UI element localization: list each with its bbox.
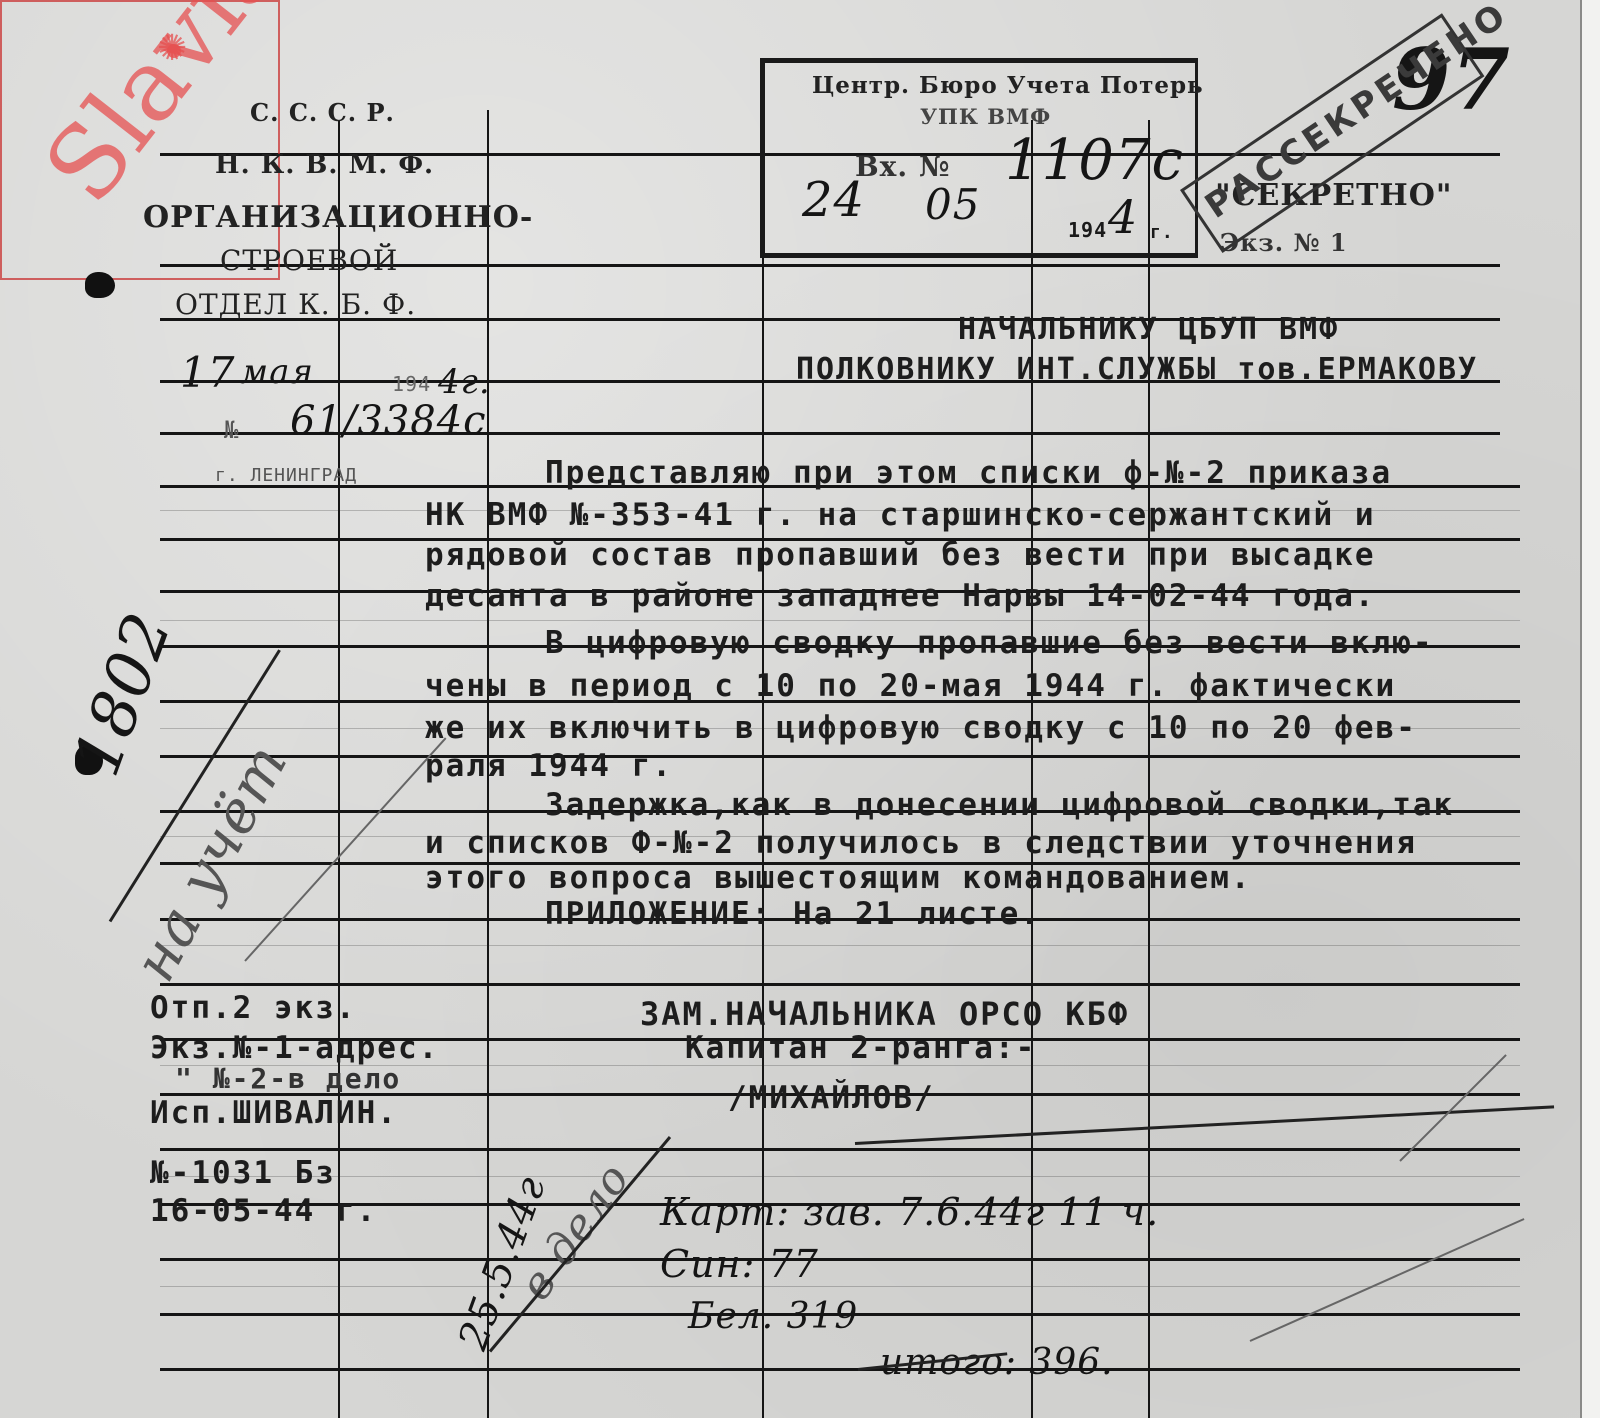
stamp-date-year-hand: 4 bbox=[1108, 190, 1138, 244]
stamp-year-suffix: г. bbox=[1150, 222, 1174, 243]
stamp-number-value: 1107с bbox=[1005, 128, 1184, 193]
row-rule bbox=[160, 1148, 1520, 1151]
header-dept-line2: СТРОЕВОЙ bbox=[220, 244, 398, 277]
footer-line: Экз.№-1-адрес. bbox=[150, 1030, 439, 1066]
stamp-date-year-printed: 194 bbox=[1068, 218, 1107, 242]
body-line: этого вопроса вышестоящим командованием. bbox=[425, 860, 1252, 896]
row-rule bbox=[160, 1368, 1520, 1371]
declassified-stamp: РАССЕКРЕЧЕНО bbox=[1180, 13, 1484, 253]
faint-rule bbox=[160, 1176, 1520, 1177]
punch-hole-mark bbox=[85, 272, 115, 298]
document-page: Slavia С. С. С. Р. Н. К. В. М. Ф. ОРГАНИ… bbox=[0, 0, 1600, 1418]
right-scrawl bbox=[1250, 1218, 1525, 1342]
signature-name: /МИХАЙЛОВ/ bbox=[728, 1080, 935, 1116]
addressee-line2: ПОЛКОВНИКУ ИНТ.СЛУЖБЫ тов.ЕРМАКОВУ bbox=[796, 352, 1478, 387]
note-line1: Карт: зав. 7.6.44г 11 ч. bbox=[660, 1190, 1159, 1234]
header-country: С. С. С. Р. bbox=[250, 98, 395, 127]
addressee-line1: НАЧАЛЬНИКУ ЦБУП ВМФ bbox=[958, 312, 1339, 347]
body-line: десанта в районе западнее Нарвы 14-02-44… bbox=[425, 578, 1376, 614]
header-ministry: Н. К. В. М. Ф. bbox=[215, 150, 434, 180]
stamp-number-label: Вх. № bbox=[855, 150, 950, 183]
body-line: чены в период с 10 по 20-мая 1944 г. фак… bbox=[425, 668, 1396, 704]
header-dept-line3: ОТДЕЛ К. Б. Ф. bbox=[175, 288, 416, 321]
body-line: НК ВМФ №-353-41 г. на старшинско-сержант… bbox=[425, 497, 1376, 533]
body-line: В цифровую сводку пропавшие без вести вк… bbox=[545, 625, 1434, 661]
footer-line: №-1031 Бз bbox=[150, 1155, 336, 1191]
stamp-line2: УПК ВМФ bbox=[920, 104, 1051, 129]
note-line3: Бел. 319 bbox=[688, 1296, 858, 1337]
paper-edge bbox=[1580, 0, 1600, 1418]
body-line: рядовой состав пропавший без вести при в… bbox=[425, 537, 1376, 573]
row-rule bbox=[160, 755, 1520, 758]
body-line: ПРИЛОЖЕНИЕ: На 21 листе. bbox=[545, 896, 1041, 932]
body-line: Задержка,как в донесении цифровой сводки… bbox=[545, 787, 1454, 823]
faint-rule bbox=[160, 1286, 1520, 1287]
body-line: Представляю при этом списки ф-№-2 приказ… bbox=[545, 455, 1392, 491]
header-date-month: мая bbox=[240, 352, 314, 392]
footer-line: Отп.2 экз. bbox=[150, 990, 357, 1026]
body-line: раля 1944 г. bbox=[425, 748, 673, 784]
row-rule bbox=[160, 983, 1520, 986]
header-number-label: № bbox=[224, 416, 239, 444]
stamp-line1: Центр. Бюро Учета Потерь bbox=[812, 72, 1204, 99]
signature-title: ЗАМ.НАЧАЛЬНИКА ОРСО КБФ bbox=[640, 995, 1129, 1033]
stamp-date-day: 24 bbox=[802, 172, 865, 228]
faint-rule bbox=[160, 620, 1520, 621]
stamp-date-month: 05 bbox=[925, 180, 980, 229]
watermark-frame: Slavia bbox=[0, 0, 280, 280]
header-dept-line1: ОРГАНИЗАЦИОННО- bbox=[143, 200, 533, 235]
footer-line: 16-05-44 г. bbox=[150, 1193, 377, 1229]
header-date-year-hand: 4г. bbox=[438, 362, 491, 402]
note-line2: Син: 77 bbox=[660, 1242, 819, 1286]
header-city: г. ЛЕНИНГРАД bbox=[215, 465, 357, 486]
signature-rank: Капитан 2-ранга:- bbox=[685, 1030, 1036, 1066]
header-date-year-printed: 194 bbox=[392, 372, 431, 396]
footer-line: Исп.ШИВАЛИН. bbox=[150, 1095, 398, 1131]
footer-line: " №-2-в дело bbox=[175, 1062, 401, 1095]
body-line: и списков Ф-№-2 получилось в следствии у… bbox=[425, 825, 1417, 861]
row-rule bbox=[160, 1258, 1520, 1261]
body-line: же их включить в цифровую сводку с 10 по… bbox=[425, 710, 1417, 746]
header-number-value: 61/3384с bbox=[290, 398, 487, 444]
faint-rule bbox=[160, 945, 1520, 946]
header-date-day: 17 bbox=[180, 348, 235, 397]
